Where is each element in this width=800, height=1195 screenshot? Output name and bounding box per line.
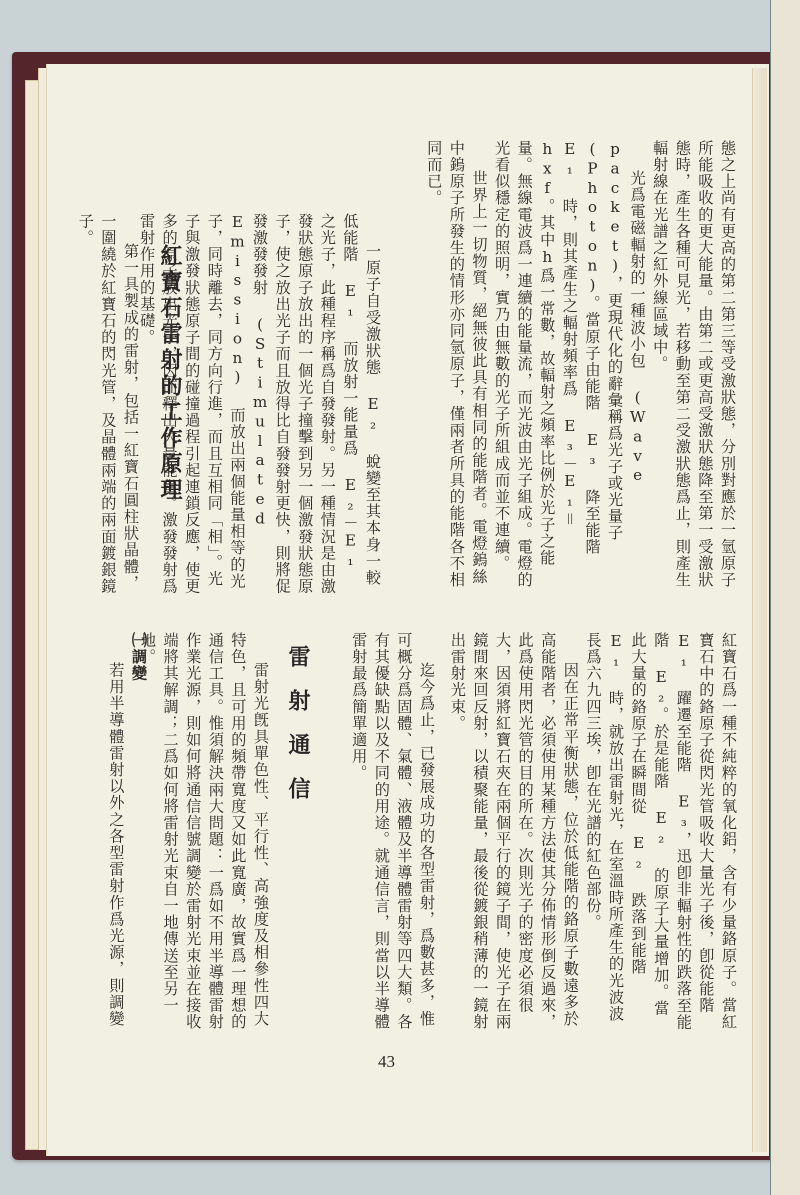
paragraph: 因在正常平衡狀態，位於低能階的鉻原子數遠多於高能階者，必須使用某種方法使其分佈情… [446, 632, 582, 1032]
paragraph: 光爲電磁輻射的一種波小包 (Wave packet)，更現代化的辭彙稱爲光子或光… [490, 140, 648, 598]
next-book-edge [770, 0, 800, 1195]
section-heading-ruby-laser: 紅寶石雷射的工作原理 [154, 244, 185, 544]
text-block-top-right: 態之上尚有更高的第二第三等受激狀態，分別對應於一氫原子所能吸收的更大能量。由第二… [385, 140, 739, 598]
paragraph: 世界上一切物質，絕無彼此具有相同的能階者。電燈鎢絲中鎢原子所發生的情形亦同氫原子… [423, 140, 491, 598]
paragraph: 雷射光旣具單色性、平行性、高強度及相參性四大特色，且可用的頻帶寬度又如此寬廣，故… [136, 632, 272, 1032]
paragraph: 第一具製成的雷射，包括一紅寶石圓柱狀晶體，一圍繞於紅寶石的閃光管，及晶體兩端的兩… [74, 213, 142, 598]
text-block-bottom-middle: 迄今爲止，已發展成功的各型雷射，爲數甚多，惟可概分爲固體、氣體、液體及半導體雷射… [318, 632, 438, 1032]
subsection-label: ㈠調變 [127, 632, 150, 1032]
paragraph: 態之上尚有更高的第二第三等受激狀態，分別對應於一氫原子所能吸收的更大能量。由第二… [649, 140, 739, 598]
page-edge [752, 68, 767, 1152]
page-number: 43 [378, 1052, 395, 1072]
text-block-top-middle: 一原子自受激狀態 E₂ 蛻變至其本身一較低能階 E₁ 而放射一能量爲 E₂－E₁… [188, 213, 384, 598]
text-block-section2: 雷射光旣具單色性、平行性、高強度及相參性四大特色，且可用的頻帶寬度又如此寬廣，故… [152, 632, 272, 1032]
paragraph: 紅寶石爲一種不純粹的氧化鋁，含有少量鉻原子。當紅寶石中的鉻原子從閃光管吸收大量光… [582, 632, 740, 1032]
text-block-subsection-modulation: ㈠調變 若用半導體雷射以外之各型雷射作爲光源，則調變 [92, 632, 150, 1032]
text-block-bottom-right: 紅寶石爲一種不純粹的氧化鋁，含有少量鉻原子。當紅寶石中的鉻原子從閃光管吸收大量光… [438, 632, 740, 1032]
text-block-section1: 第一具製成的雷射，包括一紅寶石圓柱狀晶體，一圍繞於紅寶石的閃光管，及晶體兩端的兩… [92, 213, 142, 598]
paragraph: 迄今爲止，已發展成功的各型雷射，爲數甚多，惟可概分爲固體、氣體、液體及半導體雷射… [348, 632, 438, 1032]
section-heading-laser-communication: 雷射通信 [282, 645, 313, 885]
paragraph: 若用半導體雷射以外之各型雷射作爲光源，則調變 [105, 632, 128, 1032]
